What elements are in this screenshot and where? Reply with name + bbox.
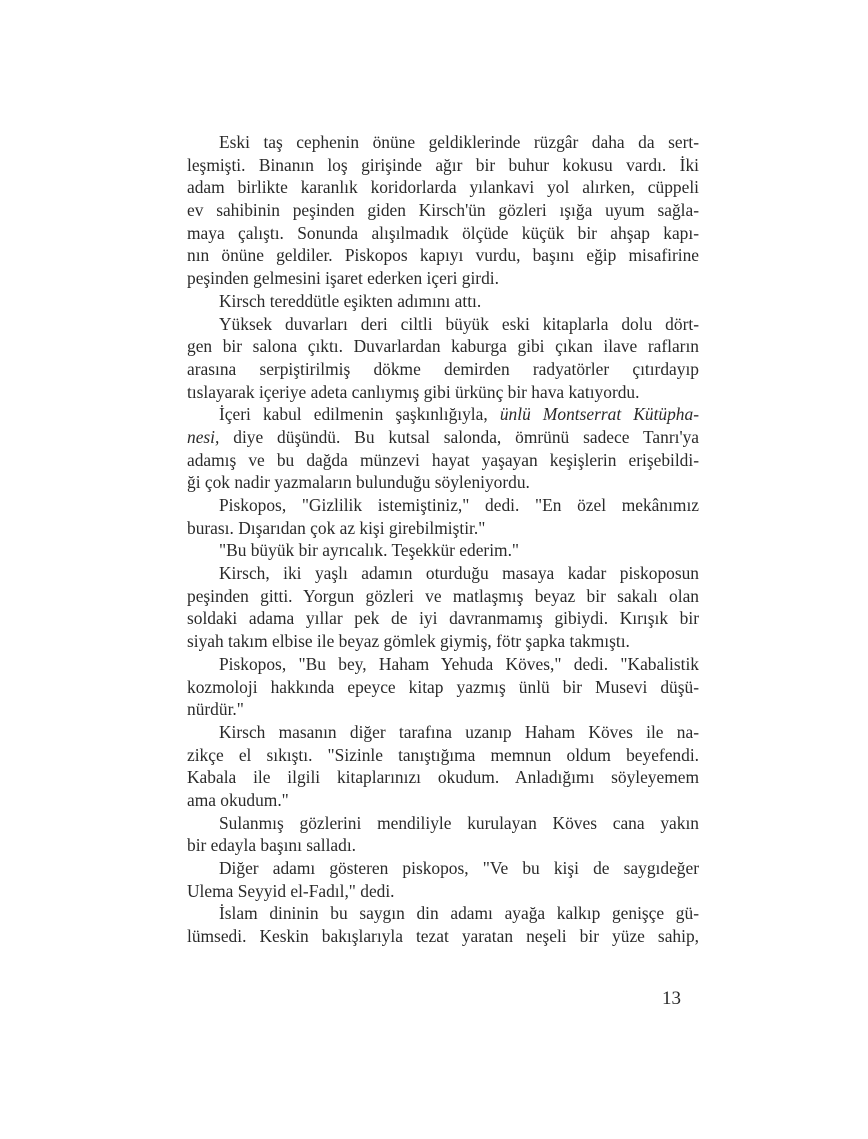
text-line: lümsedi. Keskin bakışlarıyla tezat yarat… — [187, 925, 699, 948]
page-number: 13 — [662, 988, 681, 1010]
text-line: Kabala ile ilgili kitaplarınızı okudum. … — [187, 766, 699, 789]
text-line: nürdür." — [187, 698, 699, 721]
text-line: soldaki adama yıllar pek de iyi davranma… — [187, 607, 699, 630]
text-line: "Bu büyük bir ayrıcalık. Teşekkür ederim… — [187, 539, 699, 562]
text-line: Kirsch masanın diğer tarafına uzanıp Hah… — [187, 721, 699, 744]
text-line: adam birlikte karanlık koridorlarda yıla… — [187, 176, 699, 199]
text-line: ama okudum." — [187, 789, 699, 812]
text-line: Piskopos, "Gizlilik istemiştiniz," dedi.… — [187, 494, 699, 517]
text-line: ev sahibinin peşinden giden Kirsch'ün gö… — [187, 199, 699, 222]
text-segment: İçeri kabul edilmenin şaşkınlığıyla, — [219, 404, 500, 424]
text-line: leşmişti. Binanın loş girişinde ağır bir… — [187, 154, 699, 177]
text-line: nesi, diye düşündü. Bu kutsal salonda, ö… — [187, 426, 699, 449]
text-line: kozmoloji hakkında epeyce kitap yazmış ü… — [187, 676, 699, 699]
text-segment: diye düşündü. Bu kutsal salonda, ömrünü … — [219, 427, 699, 447]
text-line: peşinden gelmesini işaret ederken içeri … — [187, 267, 699, 290]
text-line: peşinden gitti. Yorgun gözleri ve matlaş… — [187, 585, 699, 608]
text-line: gen bir salona çıktı. Duvarlardan kaburg… — [187, 335, 699, 358]
text-line: arasına serpiştirilmiş dökme demirden ra… — [187, 358, 699, 381]
text-line: Yüksek duvarları deri ciltli büyük eski … — [187, 313, 699, 336]
text-line: Eski taş cephenin önüne geldiklerinde rü… — [187, 131, 699, 154]
text-line: İslam dininin bu saygın din adamı ayağa … — [187, 902, 699, 925]
text-line: siyah takım elbise ile beyaz gömlek giym… — [187, 630, 699, 653]
italic-book-title: ünlü Montserrat Kütüpha- — [500, 404, 699, 424]
text-line: maya çalıştı. Sonunda alışılmadık ölçüde… — [187, 222, 699, 245]
text-line: bir edayla başını salladı. — [187, 834, 699, 857]
book-page-text: Eski taş cephenin önüne geldiklerinde rü… — [187, 131, 699, 948]
text-line: Ulema Seyyid el-Fadıl," dedi. — [187, 880, 699, 903]
text-line: burası. Dışarıdan çok az kişi girebilmiş… — [187, 517, 699, 540]
text-line: nın önüne geldiler. Piskopos kapıyı vurd… — [187, 244, 699, 267]
text-line: Piskopos, "Bu bey, Haham Yehuda Köves," … — [187, 653, 699, 676]
text-line: Kirsch, iki yaşlı adamın oturduğu masaya… — [187, 562, 699, 585]
text-line: İçeri kabul edilmenin şaşkınlığıyla, ünl… — [187, 403, 699, 426]
text-line: adamış ve bu dağda münzevi hayat yaşayan… — [187, 449, 699, 472]
text-line: Kirsch tereddütle eşikten adımını attı. — [187, 290, 699, 313]
text-line: ği çok nadir yazmaların bulunduğu söylen… — [187, 471, 699, 494]
text-line: tıslayarak içeriye adeta canlıymış gibi … — [187, 381, 699, 404]
text-line: Sulanmış gözlerini mendiliyle kurulayan … — [187, 812, 699, 835]
italic-book-title: nesi, — [187, 427, 219, 447]
text-line: zikçe el sıkıştı. "Sizinle tanıştığıma m… — [187, 744, 699, 767]
text-line: Diğer adamı gösteren piskopos, "Ve bu ki… — [187, 857, 699, 880]
